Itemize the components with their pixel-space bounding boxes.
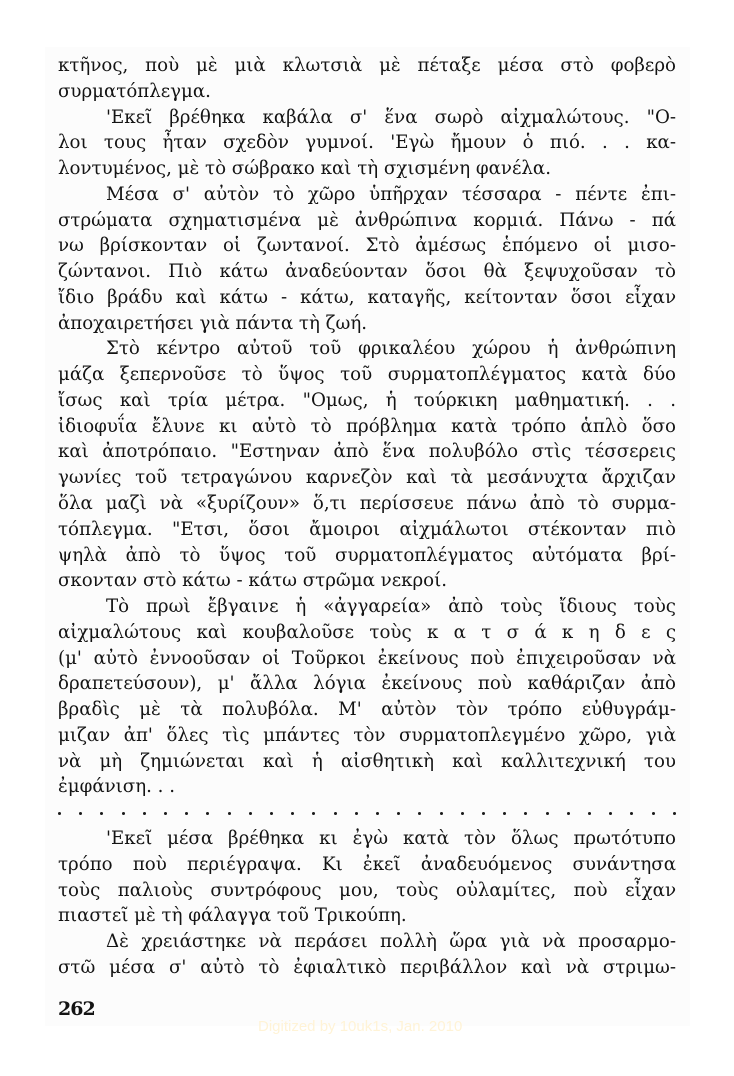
separator-dot xyxy=(652,812,655,815)
separator-dot xyxy=(270,812,273,815)
separator-dot xyxy=(440,812,443,815)
paragraph-first-line: 'Εκεῖ βρέθηκα καβάλα σ' ἕνα σωρὸ αἰχμαλώ… xyxy=(58,105,676,131)
text-line: γωνίες τοῦ τετραγώνου καρνεζὸν καὶ τὰ με… xyxy=(58,465,676,491)
paragraph-first-line: Μέσα σ' αὐτὸν τὸ χῶρο ὑπῆρχαν τέσσαρα - … xyxy=(58,182,676,208)
separator-dot xyxy=(79,812,82,815)
text-line: ψηλὰ ἀπὸ τὸ ὕψος τοῦ συρματοπλέγματος αὐ… xyxy=(58,543,676,569)
separator-dot xyxy=(185,812,188,815)
page-number: 262 xyxy=(58,998,95,1020)
separator-dot xyxy=(122,812,125,815)
text-line: στρώματα σχηματισμένα μὲ ἀνθρώπινα κορμι… xyxy=(58,208,676,234)
separator-dot xyxy=(673,812,676,815)
body-text: κτῆνος, ποὺ μὲ μιὰ κλωτσιὰ μὲ πέταξε μέσ… xyxy=(58,53,676,981)
text-line: (μ' αὐτὸ ἐννοοῦσαν οἱ Τοῦρκοι ἐκείνους π… xyxy=(58,646,676,672)
separator-dot xyxy=(58,812,61,815)
separator-dot xyxy=(524,812,527,815)
separator-dot xyxy=(461,812,464,815)
text-line: τοὺς παλιοὺς συντρόφους μου, τοὺς οὐλαμί… xyxy=(58,878,676,904)
separator-dot xyxy=(355,812,358,815)
text-line: ἴσως καὶ τρία μέτρα. "Ομως, ἡ τούρκικη μ… xyxy=(58,388,676,414)
separator-dot xyxy=(376,812,379,815)
text-line: αἰχμαλώτους καὶ κουβαλοῦσε τοὺς κ α τ σ … xyxy=(58,620,676,646)
text-line: μάζα ξεπερνοῦσε τὸ ὕψος τοῦ συρματοπλέγμ… xyxy=(58,362,676,388)
text-line: ἴδιο βράδυ καὶ κάτω - κάτω, καταγῆς, κεί… xyxy=(58,285,676,311)
separator-dot xyxy=(418,812,421,815)
separator-dot xyxy=(630,812,633,815)
text-line: νω βρίσκονταν οἱ ζωντανοί. Στὸ ἀμέσως ἑπ… xyxy=(58,233,676,259)
digitization-watermark: Digitized by 10uk1s, Jan. 2010 xyxy=(258,1018,462,1035)
separator-dot xyxy=(482,812,485,815)
separator-dot xyxy=(609,812,612,815)
separator-dot xyxy=(164,812,167,815)
text-line: τρόπο ποὺ περιέγραψα. Κι ἐκεῖ ἀναδευόμεν… xyxy=(58,852,676,878)
section-separator-dots xyxy=(58,800,676,826)
text-line: ὅλα μαζὶ νὰ «ξυρίζουν» ὅ,τι περίσσευε πά… xyxy=(58,491,676,517)
paragraph-first-line: Δὲ χρειάστηκε νὰ περάσει πολλὴ ὥρα γιὰ ν… xyxy=(58,929,676,955)
separator-dot xyxy=(100,812,103,815)
text-line: στῶ μέσα σ' αὐτὸ τὸ ἐφιαλτικὸ περιβάλλον… xyxy=(58,955,676,981)
text-line: τόπλεγμα. "Ετσι, ὅσοι ἄμοιροι αἰχμάλωτοι… xyxy=(58,517,676,543)
separator-dot xyxy=(312,812,315,815)
separator-dot xyxy=(291,812,294,815)
text-line: ἰδιοφυΐα ἔλυνε κι αὐτὸ τὸ πρόβλημα κατὰ … xyxy=(58,414,676,440)
separator-dot xyxy=(546,812,549,815)
separator-dot xyxy=(249,812,252,815)
text-line: πιαστεῖ μὲ τὴ φάλαγγα τοῦ Τρικούπη. xyxy=(58,903,676,929)
text-line: κτῆνος, ποὺ μὲ μιὰ κλωτσιὰ μὲ πέταξε μέσ… xyxy=(58,53,676,79)
separator-dot xyxy=(567,812,570,815)
paragraph-first-line: Στὸ κέντρο αὐτοῦ τοῦ φρικαλέου χώρου ἡ ἀ… xyxy=(58,336,676,362)
separator-dot xyxy=(503,812,506,815)
text-line: σκονταν στὸ κάτω - κάτω στρῶμα νεκροί. xyxy=(58,568,676,594)
text-line: λοντυμένος, μὲ τὸ σώβρακο καὶ τὴ σχισμέν… xyxy=(58,156,676,182)
separator-dot xyxy=(397,812,400,815)
text-line: λοι τους ἦταν σχεδὸν γυμνοί. 'Εγὼ ἤμουν … xyxy=(58,130,676,156)
text-line: νὰ μὴ ζημιώνεται καὶ ἡ αἰσθητικὴ καὶ καλ… xyxy=(58,749,676,775)
separator-dot xyxy=(143,812,146,815)
text-line: συρματόπλεγμα. xyxy=(58,79,676,105)
separator-dot xyxy=(206,812,209,815)
text-line: μιζαν ἀπ' ὅλες τὶς μπάντες τὸν συρματοπλ… xyxy=(58,723,676,749)
text-line: καὶ ἀποτρόπαιο. "Εστηναν ἀπὸ ἕνα πολυβόλ… xyxy=(58,439,676,465)
text-line: δραπετεύσουν), μ' ἄλλα λόγια ἐκείνους πο… xyxy=(58,671,676,697)
text-line: βραδὶς μὲ τὰ πολυβόλα. Μ' αὐτὸν τὸν τρόπ… xyxy=(58,697,676,723)
text-line: ἀποχαιρετήσει γιὰ πάντα τὴ ζωή. xyxy=(58,311,676,337)
separator-dot xyxy=(228,812,231,815)
separator-dot xyxy=(588,812,591,815)
separator-dot xyxy=(334,812,337,815)
paragraph-first-line: 'Εκεῖ μέσα βρέθηκα κι ἐγὼ κατὰ τὸν ὅλως … xyxy=(58,826,676,852)
text-line: ἐμφάνιση. . . xyxy=(58,774,676,800)
paragraph-first-line: Τὸ πρωὶ ἔβγαινε ἡ «ἀγγαρεία» ἀπὸ τοὺς ἴδ… xyxy=(58,594,676,620)
text-line: ζώντανοι. Πιὸ κάτω ἀναδεύονταν ὅσοι θὰ ξ… xyxy=(58,259,676,285)
